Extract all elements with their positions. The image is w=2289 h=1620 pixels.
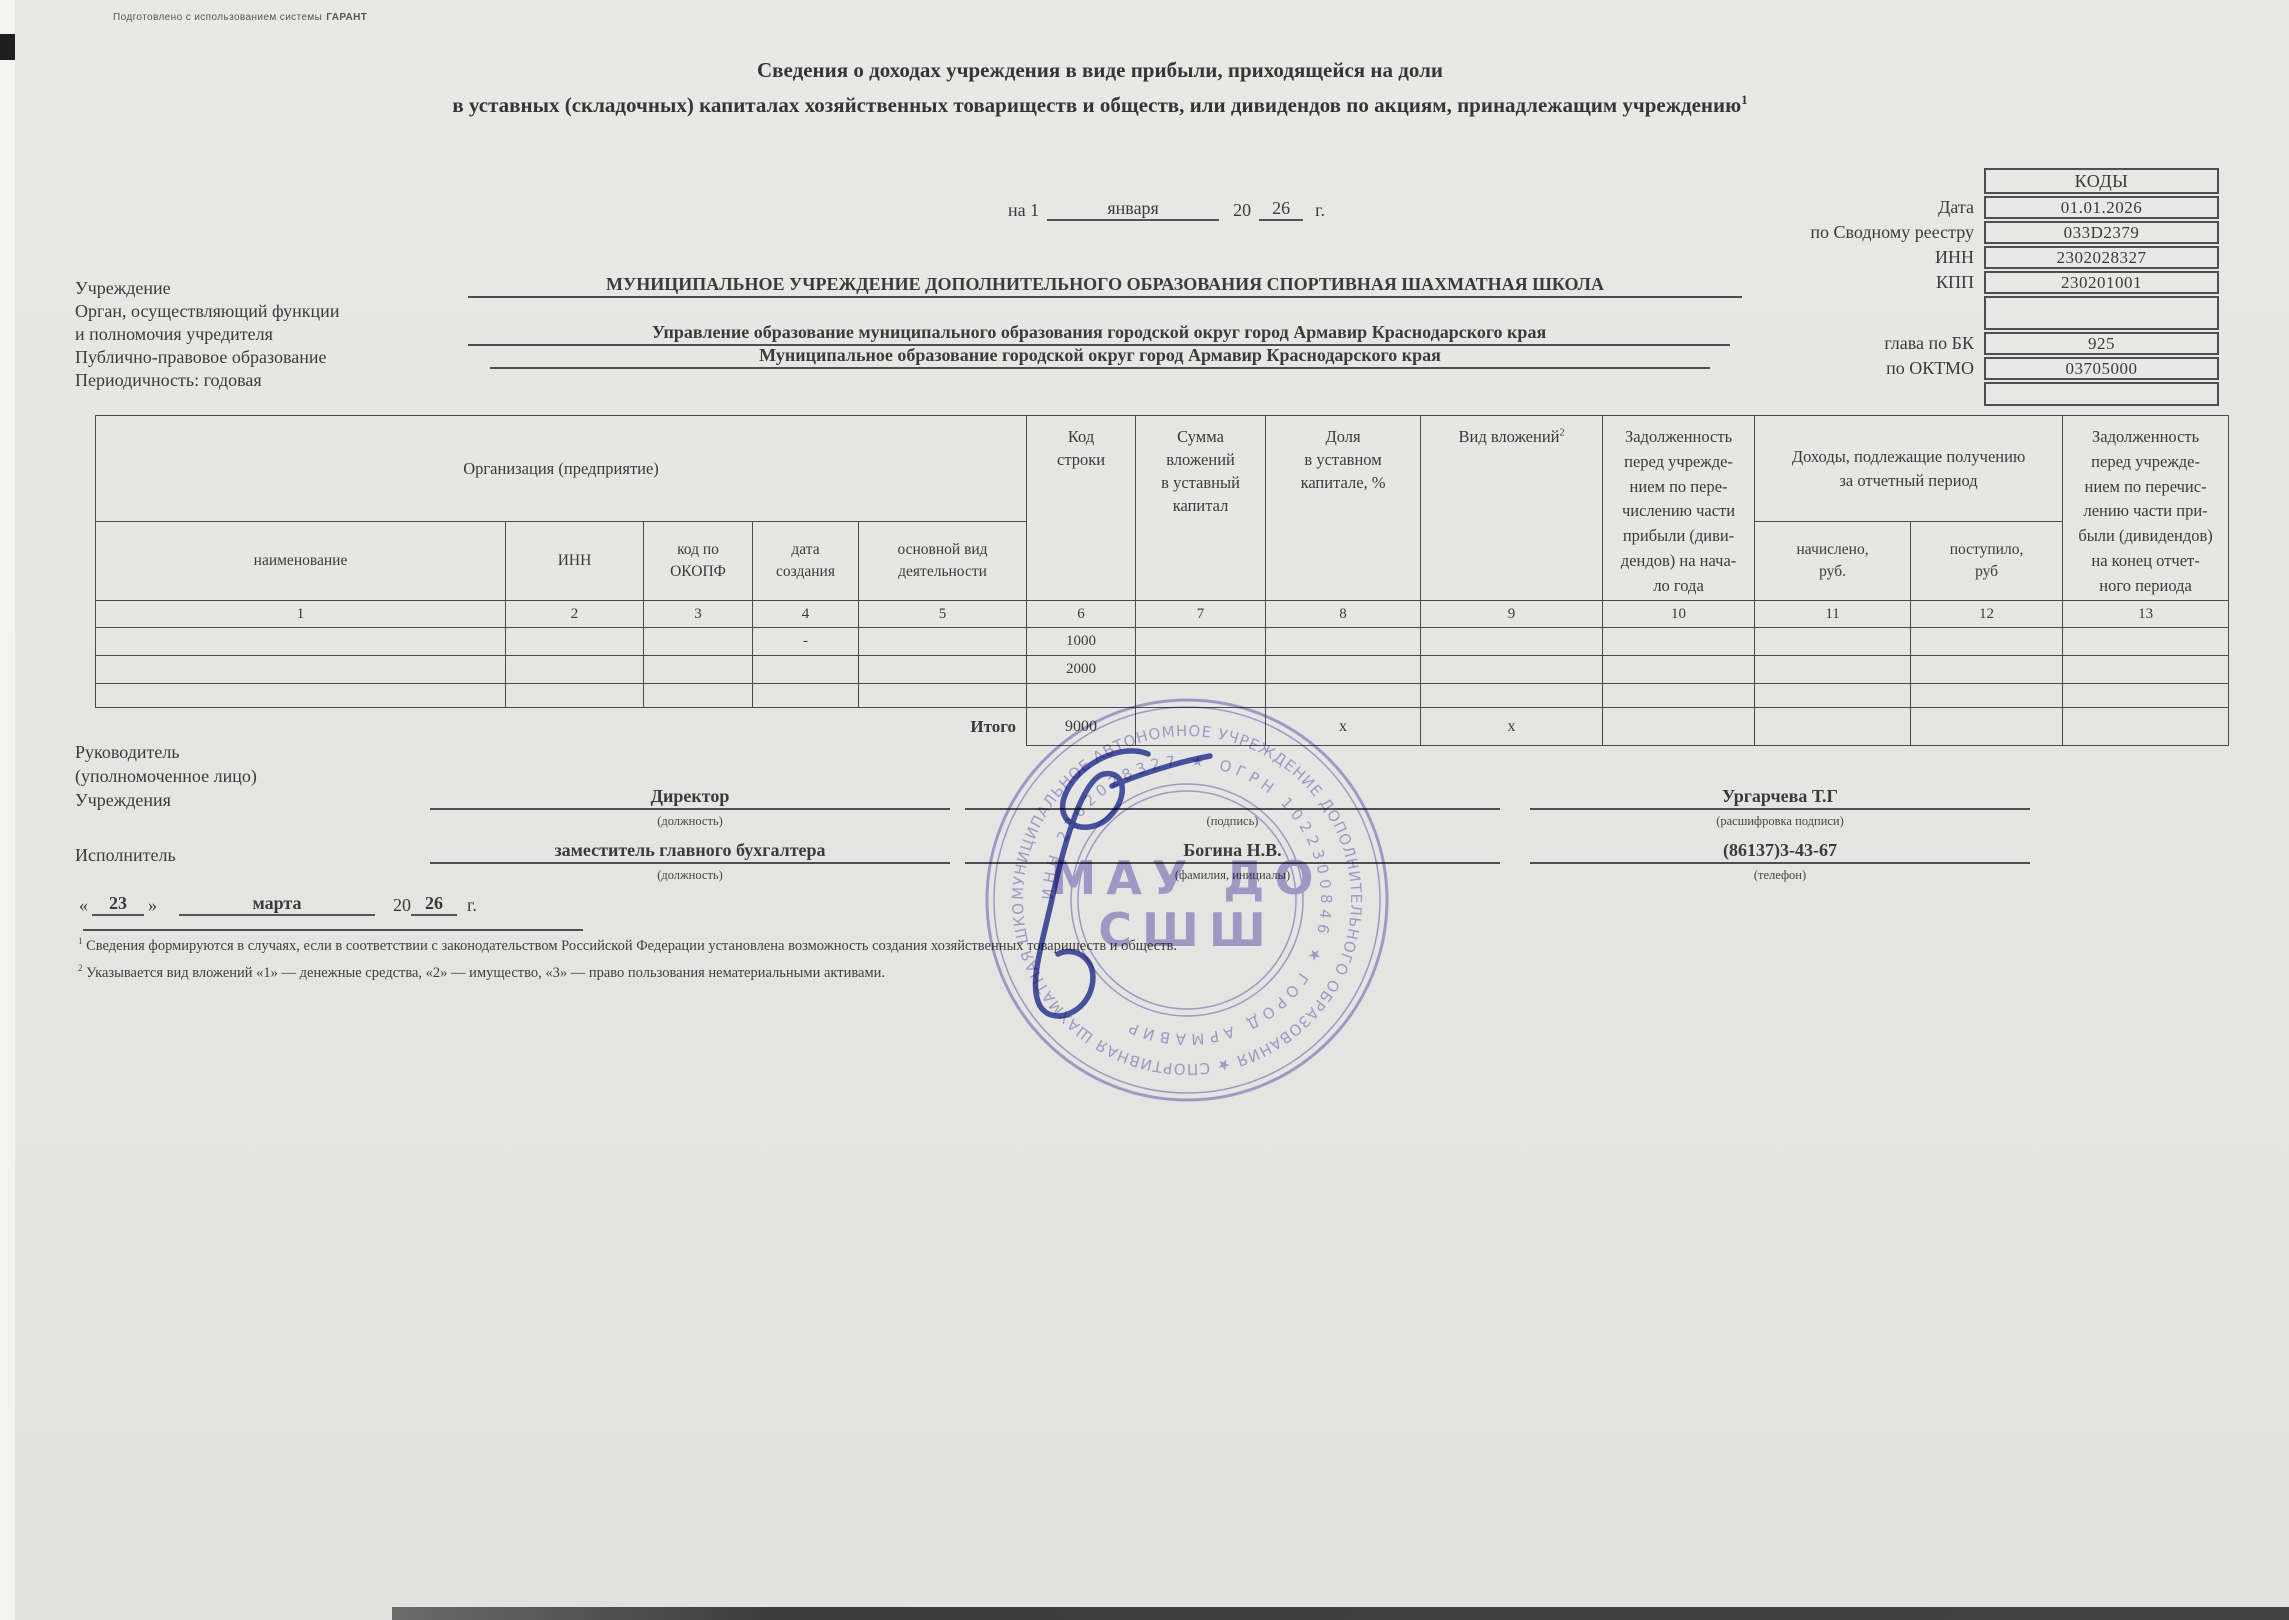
col-number: 2 [506, 601, 644, 628]
codes-label-empty2 [1700, 382, 1978, 406]
header-line-code: Код строки [1027, 416, 1136, 601]
table-cell [1603, 656, 1755, 684]
total-received [1911, 708, 2063, 746]
table-cell [753, 684, 859, 708]
codes-value-inn: 2302028327 [1984, 246, 2219, 269]
codes-label-inn: ИНН [1700, 246, 1978, 269]
scan-bottom-artifact [392, 1607, 2289, 1620]
codes-label-empty [1700, 296, 1978, 330]
table-cell [1911, 684, 2063, 708]
exec-position-line: заместитель главного бухгалтера [430, 838, 950, 864]
table-cell [1911, 656, 2063, 684]
head-position-caption: (должность) [430, 814, 950, 829]
header-invest-type: Вид вложений2 [1421, 416, 1603, 601]
codes-label-bk: глава по БК [1700, 332, 1978, 355]
signature-ink [1000, 740, 1240, 1040]
col-number: 8 [1266, 601, 1421, 628]
table-cell [1755, 684, 1911, 708]
codes-value-kpp: 230201001 [1984, 271, 2219, 294]
public-entity-value: Муниципальное образование городской окру… [490, 343, 1710, 369]
col-number: 12 [1911, 601, 2063, 628]
header-name: наименование [96, 522, 506, 601]
report-date-line: на 1 января 20 26 г. [1008, 198, 1333, 221]
table-cell [96, 684, 506, 708]
table-cell [506, 656, 644, 684]
head-label-3: Учреждения [75, 790, 171, 811]
table-cell [859, 656, 1027, 684]
table-cell [96, 628, 506, 656]
codes-label-registry: по Сводному реестру [1700, 221, 1978, 244]
title-line-1: Сведения о доходах учреждения в виде при… [0, 56, 2200, 85]
fill-year-suffix: г. [467, 895, 477, 916]
table-cell [1603, 684, 1755, 708]
table-cell [859, 628, 1027, 656]
organ-label-line1: Орган, осуществляющий функции [75, 301, 339, 322]
exec-position-caption: (должность) [430, 868, 950, 883]
table-row: 2000 [96, 656, 2229, 684]
total-debt-end [2063, 708, 2229, 746]
fill-century: 20 [393, 895, 411, 916]
col-number: 11 [1755, 601, 1911, 628]
signature-stroke-main [1035, 751, 1148, 1016]
executor-label: Исполнитель [75, 845, 176, 866]
date-suffix: г. [1315, 200, 1325, 221]
table-cell [1136, 656, 1266, 684]
table-cell [506, 628, 644, 656]
table-cell [506, 684, 644, 708]
exec-phone-line: (86137)3-43-67 [1530, 838, 2030, 864]
col-number: 10 [1603, 601, 1755, 628]
header-debt-end: Задолженность перед учрежде- нием по пер… [2063, 416, 2229, 601]
periodicity-label: Периодичность: годовая [75, 370, 262, 391]
table-cell [753, 656, 859, 684]
institution-value: МУНИЦИПАЛЬНОЕ УЧРЕЖДЕНИЕ ДОПОЛНИТЕЛЬНОГО… [468, 272, 1742, 298]
table-cell [1421, 656, 1603, 684]
column-numbers-row: 1 2 3 4 5 6 7 8 9 10 11 12 13 [96, 601, 2229, 628]
table-cell [1136, 628, 1266, 656]
head-position-line: Директор [430, 784, 950, 810]
table-cell [1421, 684, 1603, 708]
col-number: 9 [1421, 601, 1603, 628]
head-label-1: Руководитель [75, 742, 180, 763]
col-number: 13 [2063, 601, 2229, 628]
header-activity: основной вид деятельности [859, 522, 1027, 601]
codes-value-oktmo: 03705000 [1984, 357, 2219, 380]
table-cell [2063, 628, 2229, 656]
codes-header: КОДЫ [1984, 168, 2219, 194]
table-cell: 2000 [1027, 656, 1136, 684]
header-accrued: начислено, руб. [1755, 522, 1911, 601]
table-cell [1755, 656, 1911, 684]
exec-phone-caption: (телефон) [1530, 868, 2030, 883]
table-cell [1911, 628, 2063, 656]
header-share: Доля в уставном капитале, % [1266, 416, 1421, 601]
document-title: Сведения о доходах учреждения в виде при… [0, 56, 2200, 120]
codes-value-empty [1984, 296, 2219, 330]
table-cell: 1000 [1027, 628, 1136, 656]
invest-type-footnote-ref: 2 [1559, 428, 1564, 439]
header-okopf: код по ОКОПФ [644, 522, 753, 601]
header-income-group: Доходы, подлежащие получению за отчетный… [1755, 416, 2063, 522]
organ-label-line2: и полномочия учредителя [75, 324, 273, 345]
signature-stroke-flourish [1112, 756, 1210, 786]
date-prefix: на 1 [1008, 200, 1039, 221]
watermark-text: Подготовлено с использованием системы [113, 12, 322, 23]
col-number: 5 [859, 601, 1027, 628]
date-century: 20 [1233, 200, 1251, 221]
header-create-date: дата создания [753, 522, 859, 601]
footnote-2: 2 Указывается вид вложений «1» — денежны… [78, 963, 885, 982]
total-accrued [1755, 708, 1911, 746]
footnote-rule [83, 929, 583, 931]
fill-date-line: « 23 » марта 20 26 г. [75, 893, 477, 916]
date-month: января [1047, 198, 1219, 221]
quote-open: « [79, 895, 88, 916]
col-number: 3 [644, 601, 753, 628]
table-cell [644, 656, 753, 684]
col-number: 4 [753, 601, 859, 628]
header-sum: Сумма вложений в уставный капитал [1136, 416, 1266, 601]
table-cell [2063, 684, 2229, 708]
total-invest-x: х [1421, 708, 1603, 746]
table-cell [2063, 656, 2229, 684]
total-label: Итого [96, 708, 1027, 746]
codes-value-bk: 925 [1984, 332, 2219, 355]
fill-day: 23 [92, 893, 144, 916]
table-cell [96, 656, 506, 684]
institution-label: Учреждение [75, 278, 171, 299]
table-cell [1266, 628, 1421, 656]
fill-year: 26 [411, 893, 457, 916]
col-number: 7 [1136, 601, 1266, 628]
header-inn: ИНН [506, 522, 644, 601]
codes-label-oktmo: по ОКТМО [1700, 357, 1978, 380]
header-debt-begin: Задолженность перед учрежде- нием по пер… [1603, 416, 1755, 601]
quote-close: » [148, 895, 157, 916]
garant-watermark: Подготовлено с использованием системыГАР… [113, 12, 367, 23]
public-entity-label: Публично-правовое образование [75, 347, 327, 368]
table-cell [1421, 628, 1603, 656]
head-label-2: (уполномоченное лицо) [75, 766, 257, 787]
codes-box: КОДЫ Дата01.01.2026 по Сводному реестру0… [1700, 168, 2219, 406]
header-organization-group: Организация (предприятие) [96, 416, 1027, 522]
codes-value-empty2 [1984, 382, 2219, 406]
col-number: 6 [1027, 601, 1136, 628]
title-line-2: в уставных (складочных) капиталах хозяйс… [0, 85, 2200, 120]
table-cell [1603, 628, 1755, 656]
watermark-brand: ГАРАНТ [326, 12, 367, 23]
scan-edge-strip [0, 0, 15, 1620]
fill-month: марта [179, 893, 375, 916]
col-number: 1 [96, 601, 506, 628]
title-footnote-ref: 1 [1741, 92, 1748, 107]
total-debt-begin [1603, 708, 1755, 746]
table-cell [1755, 628, 1911, 656]
table-cell: - [753, 628, 859, 656]
table-cell [644, 628, 753, 656]
codes-value-data: 01.01.2026 [1984, 196, 2219, 219]
table-row: - 1000 [96, 628, 2229, 656]
table-cell [1266, 656, 1421, 684]
date-year: 26 [1259, 198, 1303, 221]
codes-value-registry: 033D2379 [1984, 221, 2219, 244]
header-received: поступило, руб [1911, 522, 2063, 601]
head-name-caption: (расшифровка подписи) [1530, 814, 2030, 829]
scanned-document-page: Подготовлено с использованием системыГАР… [0, 0, 2289, 1620]
head-name-line: Ургарчева Т.Г [1530, 784, 2030, 810]
table-cell [644, 684, 753, 708]
codes-label-data: Дата [1700, 196, 1978, 219]
